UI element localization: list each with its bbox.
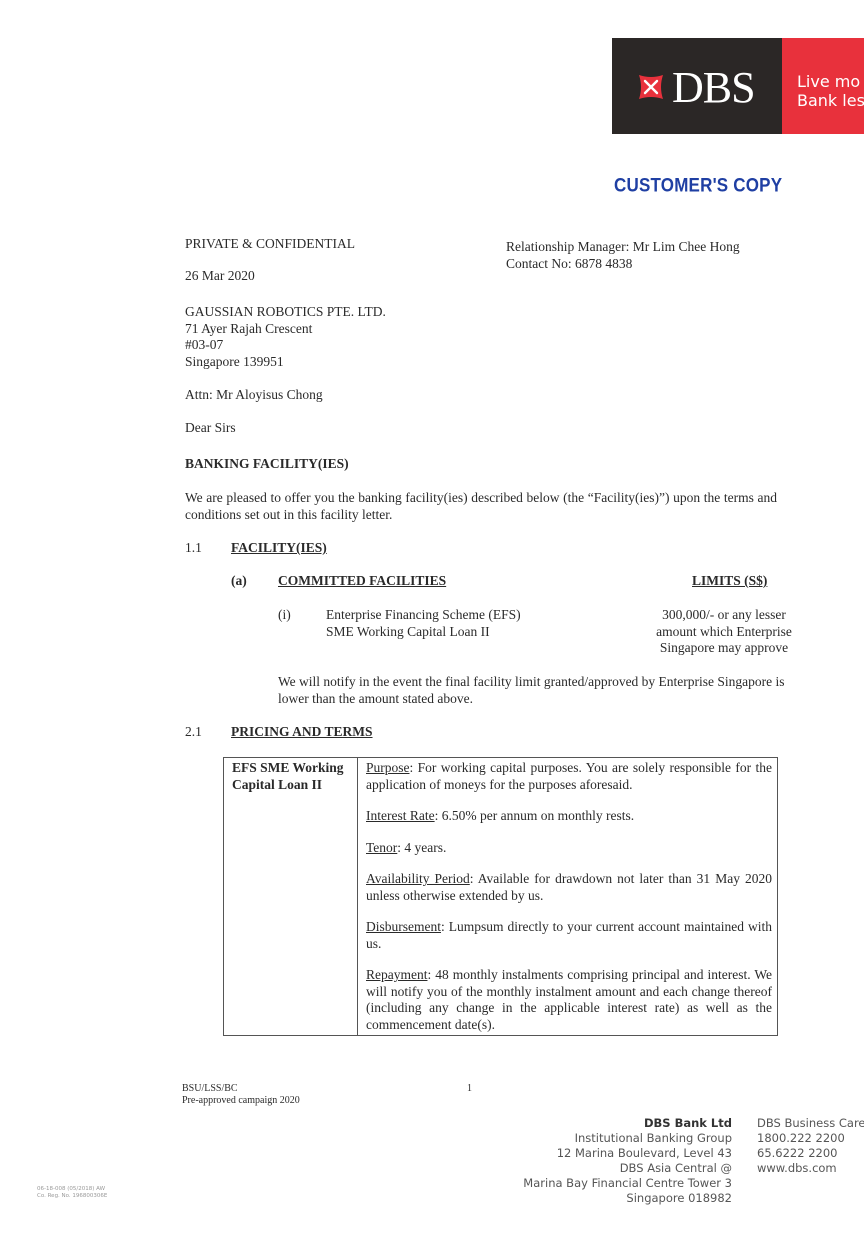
bank-address-block: DBS Bank Ltd Institutional Banking Group…	[520, 1116, 732, 1206]
bank-address-line: 12 Marina Boulevard, Level 43	[520, 1146, 732, 1161]
salutation: Dear Sirs	[185, 420, 236, 437]
logo-panel: DBS	[612, 38, 782, 134]
subsection-label: (a)	[231, 573, 247, 590]
terms-cell: Purpose: For working capital purposes. Y…	[358, 758, 778, 1036]
intro-paragraph: We are pleased to offer you the banking …	[185, 490, 777, 523]
page-number: 1	[467, 1083, 472, 1095]
table-row: EFS SME Working Capital Loan II Purpose:…	[224, 758, 778, 1036]
letter-date: 26 Mar 2020	[185, 268, 255, 285]
term-purpose: Purpose: For working capital purposes. Y…	[366, 760, 772, 793]
rm-name: Relationship Manager: Mr Lim Chee Hong	[506, 239, 740, 256]
website-link[interactable]: www.dbs.com	[757, 1161, 837, 1176]
campaign-name: Pre-approved campaign 2020	[182, 1095, 300, 1107]
bank-address-line: Singapore 018982	[520, 1191, 732, 1206]
facility-item-label: (i)	[278, 607, 291, 624]
form-code: 06-18-008 (05/2018) AW	[37, 1186, 107, 1193]
business-care-block: DBS Business Care 1800.222 2200 65.6222 …	[757, 1116, 864, 1161]
letter-subject: BANKING FACILITY(IES)	[185, 456, 349, 473]
term-availability-period: Availability Period: Available for drawd…	[366, 871, 772, 904]
address-line: #03-07	[185, 337, 386, 354]
address-line: 71 Ayer Rajah Crescent	[185, 321, 386, 338]
pricing-terms-table: EFS SME Working Capital Loan II Purpose:…	[223, 757, 778, 1036]
rm-contact: Contact No: 6878 4838	[506, 256, 740, 273]
term-tenor: Tenor: 4 years.	[366, 840, 772, 857]
form-code-block: 06-18-008 (05/2018) AW Co. Reg. No. 1968…	[37, 1186, 107, 1199]
recipient-company: GAUSSIAN ROBOTICS PTE. LTD.	[185, 304, 386, 321]
term-repayment: Repayment: 48 monthly instalments compri…	[366, 967, 772, 1033]
tagline-panel: Live mo Bank les	[782, 38, 864, 134]
dbs-star-logo-icon	[636, 72, 666, 102]
term-disbursement: Disbursement: Lumpsum directly to your c…	[366, 919, 772, 952]
attention-line: Attn: Mr Aloyisus Chong	[185, 387, 323, 404]
brand-name: DBS	[672, 64, 755, 112]
classification: PRIVATE & CONFIDENTIAL	[185, 236, 355, 253]
section-number: 2.1	[185, 724, 202, 741]
limits-header: LIMITS (S$)	[692, 573, 767, 590]
section-title: FACILITY(IES)	[231, 540, 327, 557]
facility-item-limit: 300,000/- or any lesser amount which Ent…	[640, 607, 808, 657]
dbs-header-banner: DBS Live mo Bank les	[612, 38, 864, 134]
term-interest-rate: Interest Rate: 6.50% per annum on monthl…	[366, 808, 772, 825]
section-number: 1.1	[185, 540, 202, 557]
subsection-title: COMMITTED FACILITIES	[278, 573, 446, 590]
facility-note: We will notify in the event the final fa…	[278, 674, 812, 707]
relationship-manager: Relationship Manager: Mr Lim Chee Hong C…	[506, 239, 740, 272]
bank-address-line: Marina Bay Financial Centre Tower 3	[520, 1176, 732, 1191]
section-title: PRICING AND TERMS	[231, 724, 373, 741]
recipient-address: GAUSSIAN ROBOTICS PTE. LTD. 71 Ayer Raja…	[185, 304, 386, 370]
facility-item-name: Enterprise Financing Scheme (EFS) SME Wo…	[326, 607, 521, 640]
facility-name-cell: EFS SME Working Capital Loan II	[224, 758, 358, 1036]
customers-copy-stamp: CUSTOMER'S COPY	[614, 174, 782, 197]
company-registration: Co. Reg. No. 196800306E	[37, 1193, 107, 1200]
bank-address-line: Institutional Banking Group	[520, 1131, 732, 1146]
address-line: Singapore 139951	[185, 354, 386, 371]
bank-name: DBS Bank Ltd	[520, 1116, 732, 1131]
tagline: Live mo Bank les	[797, 72, 864, 110]
bank-address-line: DBS Asia Central @	[520, 1161, 732, 1176]
business-care-title: DBS Business Care	[757, 1116, 864, 1131]
business-care-phone: 65.6222 2200	[757, 1146, 864, 1161]
footer-reference: BSU/LSS/BC Pre-approved campaign 2020	[182, 1083, 300, 1107]
business-care-phone: 1800.222 2200	[757, 1131, 864, 1146]
ref-code: BSU/LSS/BC	[182, 1083, 300, 1095]
